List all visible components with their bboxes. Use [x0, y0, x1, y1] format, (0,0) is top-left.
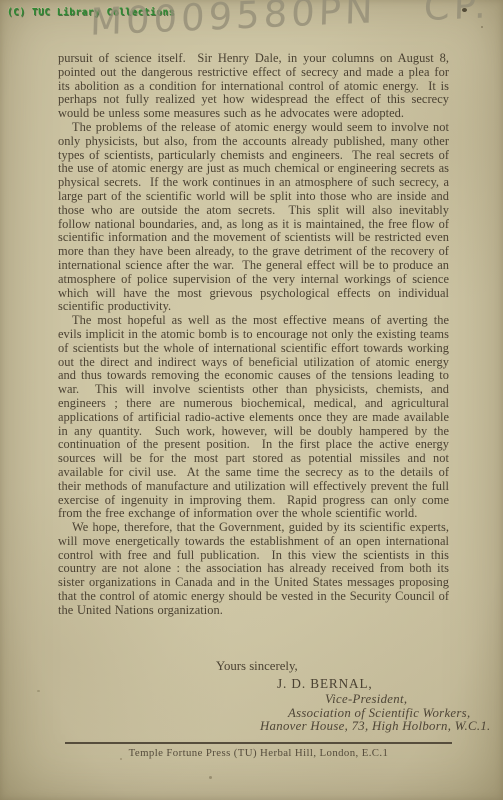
printer-imprint: Temple Fortune Press (TU) Herbal Hill, L… — [0, 747, 503, 759]
scanned-letter-page: (C) TUC Library Collections M0009580PN C… — [0, 0, 503, 800]
letter-body: pursuit of science itself. Sir Henry Dal… — [58, 52, 449, 618]
paper-speck — [462, 8, 467, 12]
closing-salutation: Yours sincerely, — [216, 659, 298, 674]
letter-paragraph: The most hopeful as well as the most eff… — [58, 314, 449, 521]
pencil-accession-number: M0009580PN CP. — [90, 0, 491, 44]
signatory-name: J. D. BERNAL, — [277, 676, 373, 692]
paper-speck — [209, 776, 212, 779]
letter-paragraph: We hope, therefore, that the Government,… — [58, 521, 449, 618]
footer-rule — [65, 742, 452, 744]
signatory-address: Hanover House, 73, High Holborn, W.C.1. — [260, 719, 491, 734]
signatory-title: Vice-President, — [325, 692, 407, 707]
letter-paragraph: The problems of the release of atomic en… — [58, 121, 449, 314]
paper-speck — [481, 26, 483, 28]
paper-speck — [37, 690, 40, 692]
paper-speck — [120, 758, 122, 760]
letter-paragraph: pursuit of science itself. Sir Henry Dal… — [58, 52, 449, 121]
